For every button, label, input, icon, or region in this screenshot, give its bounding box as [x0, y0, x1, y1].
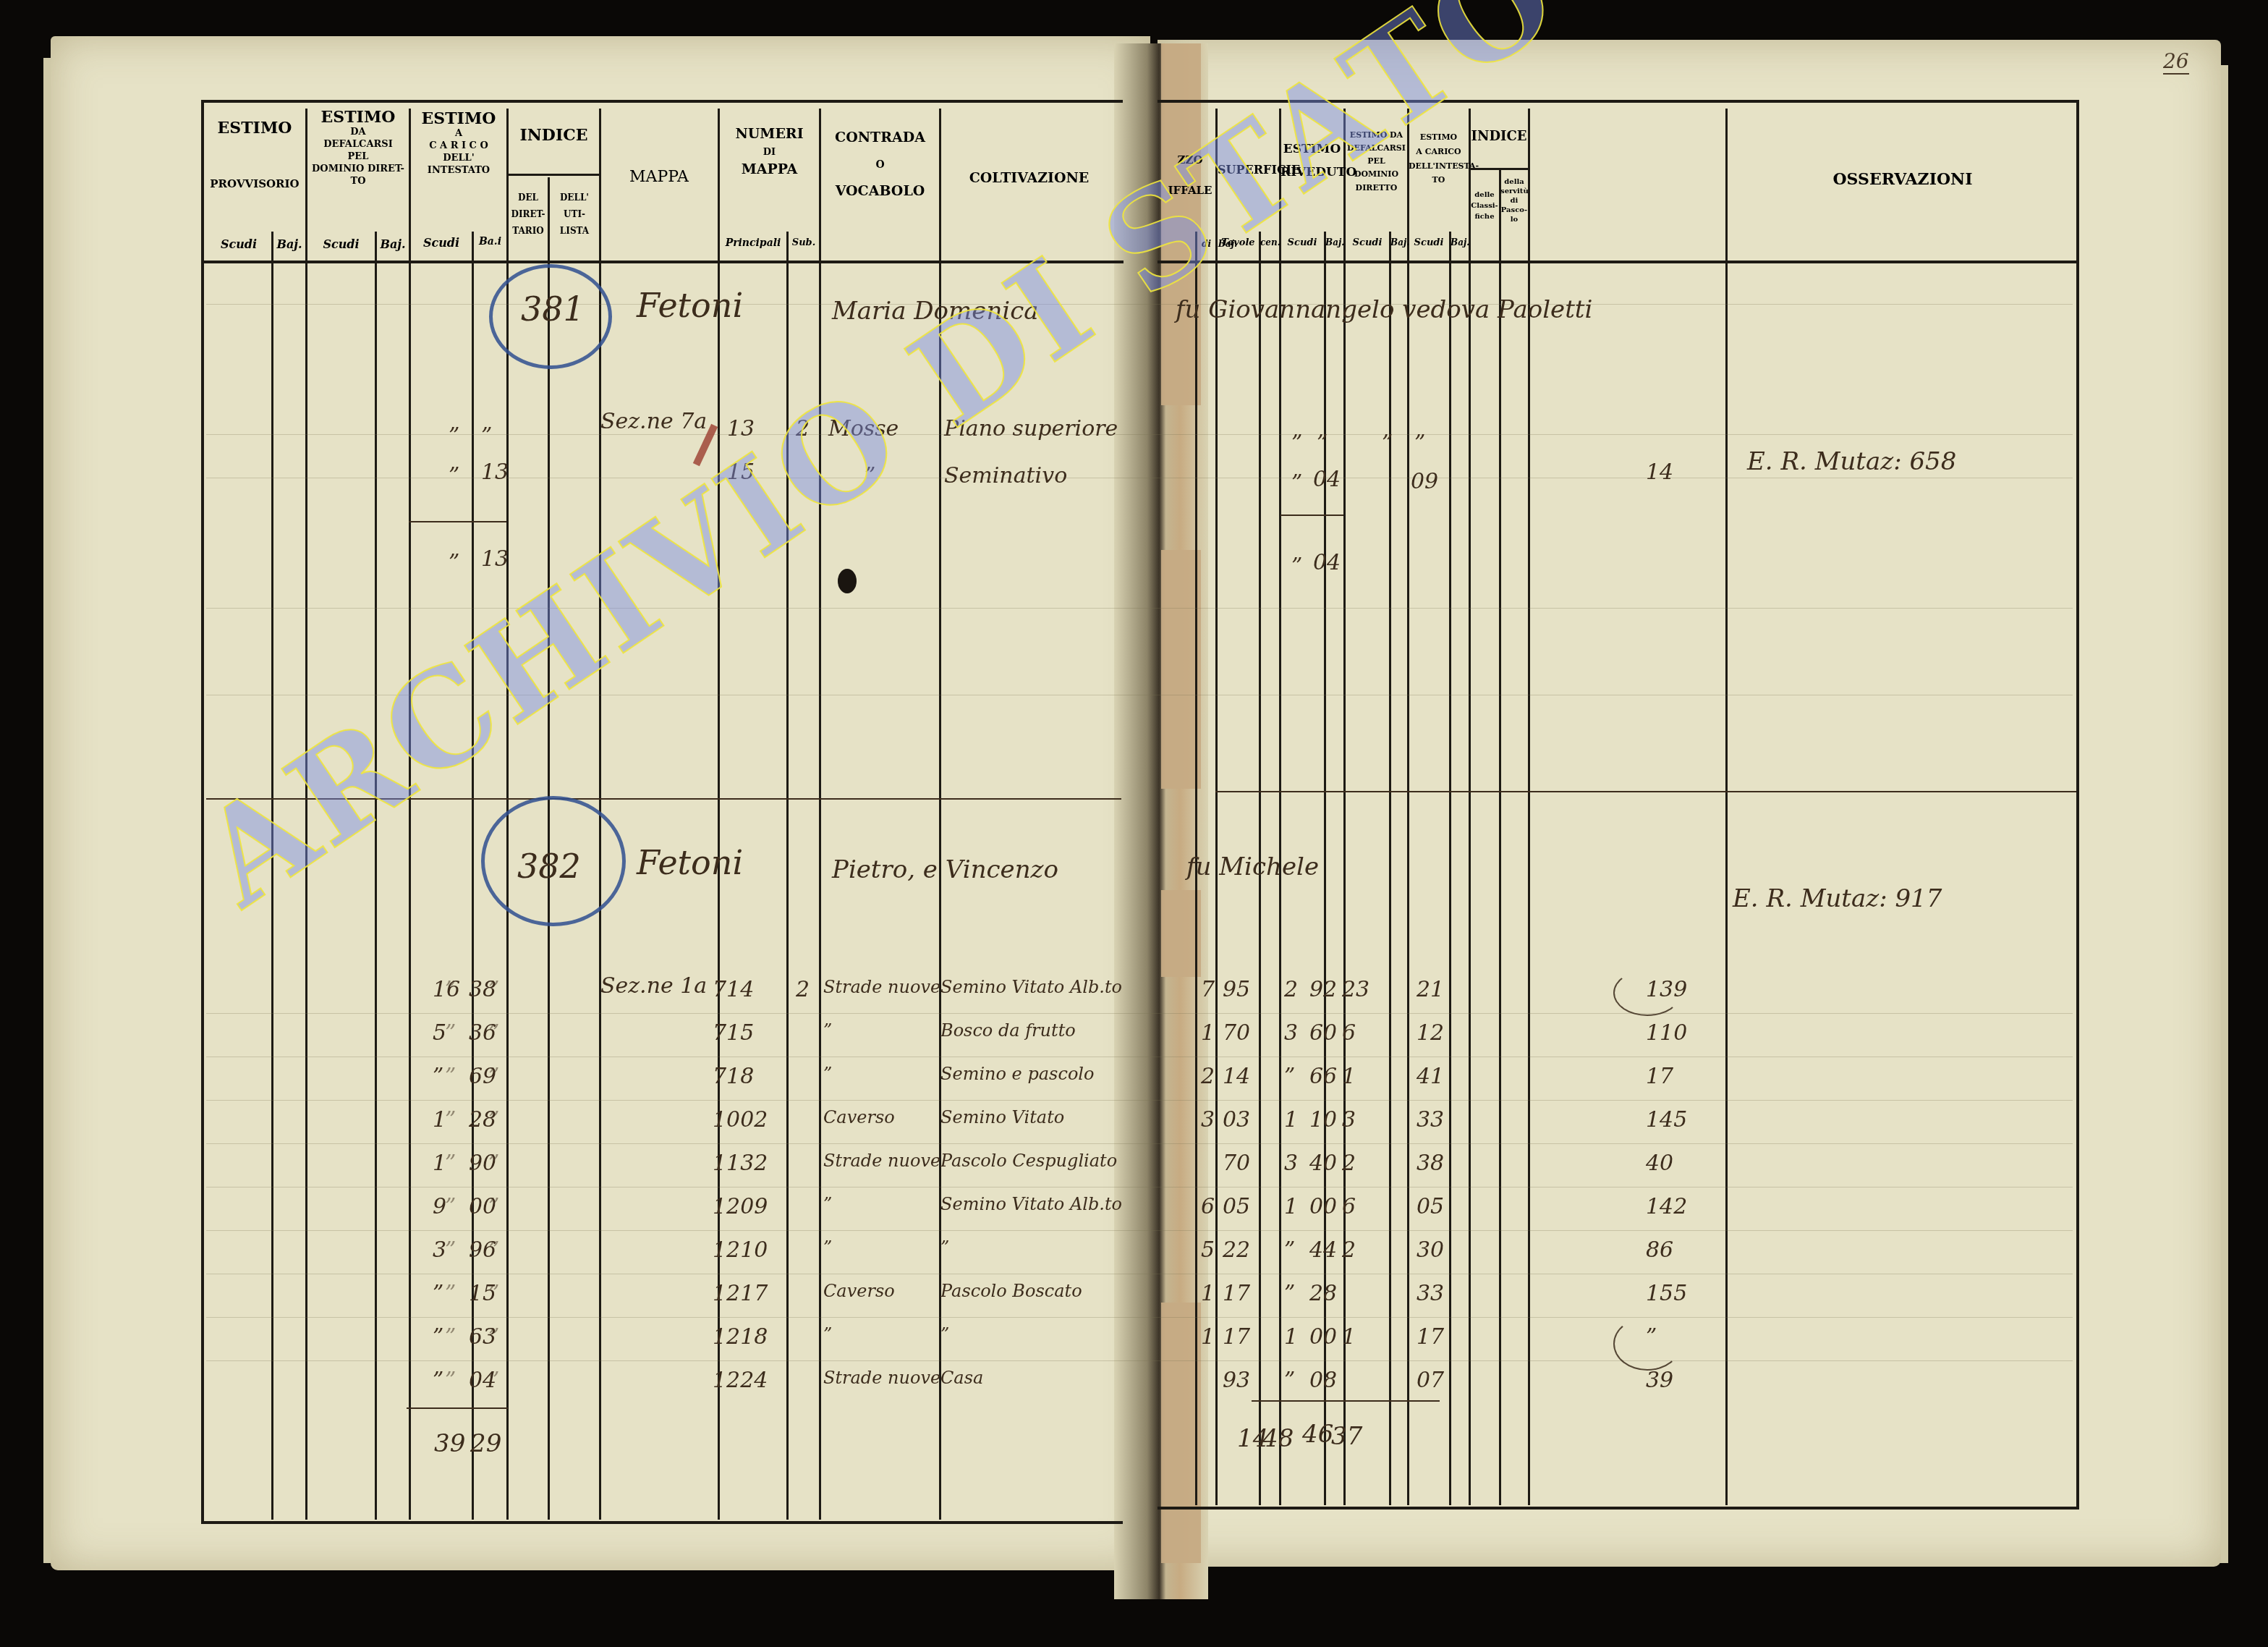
cell-classifica: 155: [1646, 1281, 1687, 1306]
entry-father-note: fu Michele: [1186, 852, 1319, 881]
unit-baj: Baj.: [1390, 237, 1407, 247]
unit-baj: Baj.: [273, 237, 305, 251]
ditto-mark: ”: [488, 1324, 499, 1350]
header-numeri-mappa: NUMERIDIMAPPA: [720, 127, 819, 178]
cell-riveduto-baj: 12: [1417, 1020, 1444, 1046]
cell-riveduto-baj: 33: [1417, 1281, 1444, 1306]
cell-superficie-cen: 00: [1309, 1194, 1337, 1219]
cell-riveduto-scudi: ”: [1382, 431, 1393, 456]
cell-prezzo-scudi: 5: [1201, 1237, 1215, 1263]
cell-coltivazione: Pascolo Boscato: [940, 1281, 1082, 1301]
cell-principale: 1217: [713, 1281, 768, 1306]
cell-principale: 1209: [713, 1194, 768, 1219]
cell-estimo-provv-scudi: ”: [433, 1064, 443, 1089]
cell-prezzo-baj: 14: [1223, 1064, 1250, 1089]
cell-principale: 718: [713, 1064, 754, 1089]
unit-scudi: Scudi: [1409, 237, 1449, 248]
cell-contrada: ”: [823, 1020, 832, 1041]
ruled-line: [206, 1317, 2073, 1318]
header-rule: [509, 174, 599, 176]
cell-contrada: ”: [823, 1324, 832, 1345]
cell-classifica: 110: [1646, 1020, 1687, 1046]
cell-classifica: 14: [1646, 460, 1673, 485]
cell-sub: 2: [796, 977, 810, 1002]
ditto-mark: ”: [445, 1281, 456, 1306]
cell-principale: 1224: [713, 1368, 768, 1393]
cell-coltivazione: Casa: [940, 1368, 983, 1388]
cell-riveduto-baj: 33: [1417, 1107, 1444, 1132]
ditto-mark: ”: [445, 1107, 456, 1132]
cell-superficie-cen: ”: [1317, 431, 1328, 456]
cell-superficie-cen: 60: [1309, 1020, 1337, 1046]
header-servitu-pascolo: dellaservitùdiPasco-lo: [1500, 177, 1528, 224]
cell-prezzo-scudi: 1: [1201, 1020, 1215, 1046]
cell-estimo-carico-scudi: ”: [449, 463, 459, 488]
ruled-line: [206, 1057, 2073, 1057]
cell-classifica: 40: [1646, 1151, 1673, 1176]
ditto-mark: ”: [488, 1368, 499, 1393]
cell-estimo-provv-scudi: ”: [433, 1324, 443, 1350]
unit-baj: Baj.: [377, 237, 409, 251]
ditto-mark: ”: [488, 1020, 499, 1046]
header-rule: [1470, 168, 1528, 170]
cell-principale: 1218: [713, 1324, 768, 1350]
header-osservazioni: OSSERVAZIONI: [1729, 170, 2076, 189]
total-superficie-tavole: ”: [1291, 554, 1302, 579]
pen-bracket: [1613, 1317, 1681, 1371]
header-mappa: MAPPA: [600, 168, 718, 186]
total-rule: [407, 1407, 508, 1409]
cell-coltivazione: Semino Vitato Alb.to: [940, 1194, 1122, 1214]
ditto-mark: ”: [445, 1324, 456, 1350]
cell-mappa: Sez.ne 1a: [600, 973, 707, 999]
cell-principale: 1002: [713, 1107, 768, 1132]
cell-superficie-cen: 28: [1309, 1281, 1337, 1306]
total-superficie-cen: 04: [1313, 550, 1341, 575]
cell-classifica: 17: [1646, 1064, 1673, 1089]
ditto-mark: ”: [488, 1281, 499, 1306]
entry-father-note: fu Giovannangelo vedova Paoletti: [1176, 295, 1592, 324]
ditto-mark: ”: [445, 1368, 456, 1393]
cell-estimo-carico-baj: 13: [481, 460, 509, 485]
ditto-mark: ”: [488, 1064, 499, 1089]
cell-superficie-tavole: ”: [1284, 1368, 1295, 1393]
cell-superficie-tavole: 1: [1284, 1194, 1298, 1219]
observation-note: E. R. Mutaz: 917: [1733, 884, 1942, 913]
cell-contrada: ”: [823, 1237, 832, 1258]
unit-baj: Baj.: [1451, 237, 1469, 247]
cell-superficie-tavole: ”: [1284, 1281, 1295, 1306]
ditto-mark: ”: [488, 1237, 499, 1263]
total-estimo-carico-baj: 13: [481, 546, 509, 572]
cell-coltivazione: ”: [940, 1237, 949, 1258]
cell-riveduto-baj: ”: [1414, 431, 1425, 456]
cell-principale: 1210: [713, 1237, 768, 1263]
ditto-mark: ”: [445, 1151, 456, 1176]
ditto-mark: ”: [488, 1151, 499, 1176]
cell-riveduto-baj: 07: [1417, 1368, 1444, 1393]
cell-riveduto-baj: 09: [1411, 469, 1438, 494]
cell-riveduto-baj: 41: [1417, 1064, 1444, 1089]
cell-superficie-cen: 10: [1309, 1107, 1337, 1132]
col-rule: [819, 109, 821, 1520]
entry-given-name: Pietro, e Vincenzo: [832, 855, 1058, 884]
col-rule: [1725, 109, 1728, 1505]
header-bottom-rule: [1158, 261, 2079, 263]
cell-principale: 1132: [713, 1151, 768, 1176]
cell-coltivazione: Semino e pascolo: [940, 1064, 1094, 1084]
cell-classifica: 39: [1646, 1368, 1673, 1393]
total-superficie-cen: 48: [1262, 1424, 1294, 1453]
cell-prezzo-baj: 70: [1223, 1151, 1250, 1176]
cell-contrada: Strade nuove: [823, 977, 940, 997]
cell-riveduto-scudi: 3: [1342, 1107, 1356, 1132]
entry-separator: [1215, 791, 2076, 792]
cell-coltivazione: Semino Vitato Alb.to: [940, 977, 1122, 997]
cell-prezzo-baj: 03: [1223, 1107, 1250, 1132]
header-estimo-carico: ESTIMO AC A R I C ODELL'INTESTATO: [411, 110, 506, 177]
cell-coltivazione: ”: [940, 1324, 949, 1345]
cell-riveduto-baj: 17: [1417, 1324, 1444, 1350]
cell-estimo-carico-scudi: ”: [449, 423, 459, 449]
unit-principali: Principali: [720, 237, 786, 249]
header-indice-utilista: DELL'UTI-LISTA: [550, 190, 599, 239]
cell-riveduto-baj: 30: [1417, 1237, 1444, 1263]
cell-prezzo-scudi: 2: [1201, 1064, 1215, 1089]
cell-riveduto-scudi: 23: [1342, 977, 1369, 1002]
cell-riveduto-scudi: 6: [1342, 1020, 1356, 1046]
cell-prezzo-baj: 95: [1223, 977, 1250, 1002]
cell-superficie-cen: 08: [1309, 1368, 1337, 1393]
unit-scudi: Scudi: [411, 236, 472, 250]
cell-superficie-cen: 66: [1309, 1064, 1337, 1089]
cell-coltivazione: Pascolo Cespugliato: [940, 1151, 1117, 1171]
cell-estimo-provv-scudi: ”: [433, 1368, 443, 1393]
cell-superficie-tavole: ”: [1284, 1237, 1295, 1263]
cell-superficie-cen: 44: [1309, 1237, 1337, 1263]
cell-superficie-tavole: 3: [1284, 1020, 1298, 1046]
header-contrada: CONTRADAOVOCABOLO: [821, 130, 939, 200]
col-rule: [1389, 232, 1391, 1505]
cell-classifica: 145: [1646, 1107, 1687, 1132]
ruled-line: [206, 1187, 2073, 1187]
entry-number: 381: [521, 289, 585, 329]
cell-prezzo-baj: 17: [1223, 1281, 1250, 1306]
unit-scudi: Scudi: [206, 237, 271, 251]
unit-baj: Baj.: [1325, 237, 1343, 247]
total-riveduto-baj: 37: [1331, 1422, 1362, 1451]
cell-superficie-cen: 40: [1309, 1151, 1337, 1176]
subtotal-rule: [409, 521, 506, 522]
cell-prezzo-baj: 05: [1223, 1194, 1250, 1219]
cell-superficie-cen: 00: [1309, 1324, 1337, 1350]
cell-estimo-carico-baj: ”: [481, 423, 492, 449]
cell-contrada: Caverso: [823, 1281, 895, 1301]
header-estimo-provvisorio: ESTIMO PROVVISORIO: [204, 119, 305, 192]
col-rule: [1324, 232, 1326, 1505]
ruled-line: [206, 1274, 2073, 1274]
cell-prezzo-baj: 22: [1223, 1237, 1250, 1263]
cell-superficie-tavole: 1: [1284, 1324, 1298, 1350]
cell-riveduto-scudi: 1: [1342, 1324, 1356, 1350]
ditto-mark: ”: [488, 1107, 499, 1132]
header-indice-direttario: DELDIRET-TARIO: [509, 190, 548, 239]
cell-riveduto-scudi: 6: [1342, 1194, 1356, 1219]
cell-contrada: ”: [823, 1064, 832, 1084]
cell-contrada: Caverso: [823, 1107, 895, 1127]
header-estimo-defalcarsi: ESTIMO DADEFALCARSIPELDOMINIO DIRET-TO: [307, 109, 409, 188]
page-number: 26: [2163, 49, 2189, 75]
header-indice-r: INDICE: [1470, 129, 1528, 144]
cell-classifica: 86: [1646, 1237, 1673, 1263]
cell-prezzo-scudi: 3: [1201, 1107, 1215, 1132]
cell-superficie-tavole: ”: [1291, 470, 1302, 496]
ruled-line: [206, 1360, 2073, 1361]
cell-contrada: Strade nuove: [823, 1151, 940, 1171]
header-coltivazione: COLTIVAZIONE: [940, 170, 1118, 186]
cell-contrada: Strade nuove: [823, 1368, 940, 1388]
entry-surname: Fetoni: [637, 286, 743, 325]
unit-sub: Sub.: [789, 237, 819, 248]
cell-prezzo-baj: 70: [1223, 1020, 1250, 1046]
header-indice: INDICE: [509, 127, 599, 145]
cell-classifica: 142: [1646, 1194, 1687, 1219]
total-rule: [1252, 1400, 1440, 1402]
unit-scudi: Scudi: [1346, 237, 1389, 248]
observation-note: E. R. Mutaz: 658: [1747, 447, 1956, 476]
cell-prezzo-scudi: 6: [1201, 1194, 1215, 1219]
entry-surname: Fetoni: [637, 843, 743, 882]
unit-scudi: Scudi: [307, 237, 375, 251]
ruled-line: [206, 1100, 2073, 1101]
cell-contrada: ”: [823, 1194, 832, 1214]
cell-riveduto-baj: 38: [1417, 1151, 1444, 1176]
cell-principale: 715: [713, 1020, 754, 1046]
cell-riveduto-baj: 05: [1417, 1194, 1444, 1219]
pen-bracket: [1613, 970, 1681, 1016]
cell-prezzo-scudi: 1: [1201, 1324, 1215, 1350]
cell-coltivazione: Seminativo: [944, 463, 1067, 488]
cell-prezzo-baj: 93: [1223, 1368, 1250, 1393]
total-estimo-provv-baj: 29: [470, 1429, 501, 1458]
cell-superficie-tavole: 2: [1284, 977, 1298, 1002]
cell-superficie-tavole: ”: [1284, 1064, 1295, 1089]
ruled-line: [206, 1013, 2073, 1014]
cell-superficie-tavole: 3: [1284, 1151, 1298, 1176]
cell-coltivazione: Bosco da frutto: [940, 1020, 1076, 1041]
cell-estimo-provv-scudi: ”: [433, 1281, 443, 1306]
cell-riveduto-scudi: 2: [1342, 1237, 1356, 1263]
cell-riveduto-baj: 21: [1417, 977, 1444, 1002]
entry-number: 382: [517, 847, 581, 886]
ruled-line: [206, 1143, 2073, 1144]
ditto-mark: ”: [445, 977, 456, 1002]
cell-superficie-tavole: ”: [1291, 431, 1302, 456]
ditto-mark: ”: [445, 1194, 456, 1219]
ditto-mark: ”: [488, 1194, 499, 1219]
cell-prezzo-scudi: 1: [1201, 1281, 1215, 1306]
header-classifiche: delleClassi-fiche: [1470, 190, 1499, 222]
ditto-mark: ”: [488, 977, 499, 1002]
col-rule: [1499, 170, 1501, 1505]
ditto-mark: ”: [445, 1237, 456, 1263]
cell-superficie-tavole: 1: [1284, 1107, 1298, 1132]
ditto-mark: ”: [445, 1064, 456, 1089]
total-estimo-provv-scudi: 39: [434, 1429, 465, 1458]
cell-superficie-cen: 04: [1313, 467, 1341, 492]
col-rule: [1449, 232, 1451, 1505]
cell-principale: 714: [713, 977, 754, 1002]
cell-mappa: Sez.ne 7a: [600, 409, 707, 434]
cell-riveduto-scudi: 2: [1342, 1151, 1356, 1176]
ink-blot: [838, 569, 857, 593]
cell-prezzo-baj: 17: [1223, 1324, 1250, 1350]
cell-superficie-cen: 92: [1309, 977, 1337, 1002]
ditto-mark: ”: [445, 1020, 456, 1046]
unit-baj: Ba.i: [474, 236, 506, 247]
total-estimo-carico-scudi: ”: [449, 550, 459, 575]
total-riveduto-scudi: 46: [1302, 1420, 1333, 1449]
cell-riveduto-scudi: 1: [1342, 1064, 1356, 1089]
subtotal-rule: [1280, 515, 1343, 516]
cell-prezzo-scudi: 7: [1201, 977, 1215, 1002]
cell-coltivazione: Semino Vitato: [940, 1107, 1064, 1127]
col-rule: [375, 232, 377, 1520]
ruled-line: [206, 1230, 2073, 1231]
